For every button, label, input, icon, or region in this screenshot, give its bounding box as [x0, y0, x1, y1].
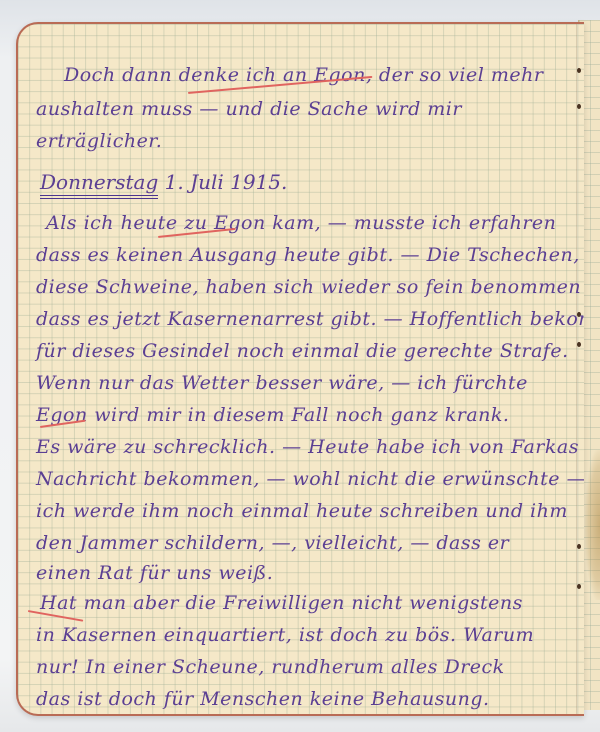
water-stain [585, 450, 600, 600]
binding-hole [577, 584, 581, 589]
handwritten-line: dass es jetzt Kasernenarrest gibt. — Hof… [36, 308, 584, 330]
handwritten-line: ich werde ihm noch einmal heute schreibe… [36, 500, 568, 522]
entry-date-heading: Donnerstag 1. Juli 1915. [40, 170, 287, 199]
binding-hole [577, 544, 581, 549]
date-rest: 1. Juli 1915. [165, 170, 288, 194]
handwritten-line: Hat man aber die Freiwilligen nicht weni… [40, 592, 523, 614]
binding-hole [577, 342, 581, 347]
binding-hole [577, 104, 581, 109]
page-fold [576, 24, 578, 714]
handwritten-line: nur! In einer Scheune, rundherum alles D… [36, 656, 505, 678]
date-weekday: Donnerstag [40, 170, 158, 199]
notebook-page: Doch dann denke ich an Egon, der so viel… [16, 22, 584, 716]
handwritten-line: den Jammer schildern, —, vielleicht, — d… [36, 532, 509, 554]
handwritten-line: Nachricht bekommen, — wohl nicht die erw… [36, 468, 584, 490]
handwritten-line: das ist doch für Menschen keine Behausun… [36, 688, 490, 710]
handwritten-line: dass es keinen Ausgang heute gibt. — Die… [36, 244, 580, 266]
handwritten-line: einen Rat für uns weiß. [36, 562, 273, 584]
handwritten-line: diese Schweine, haben sich wieder so fei… [36, 276, 581, 298]
handwritten-line: Egon wird mir in diesem Fall noch ganz k… [36, 404, 509, 426]
handwritten-line: Als ich heute zu Egon kam, — musste ich … [46, 212, 556, 234]
handwritten-line: aushalten muss — und die Sache wird mir [36, 98, 462, 120]
handwritten-line: erträglicher. [36, 130, 162, 152]
handwritten-line: in Kasernen einquartiert, ist doch zu bö… [36, 624, 534, 646]
binding-hole [577, 68, 581, 73]
handwritten-line: Wenn nur das Wetter besser wäre, — ich f… [36, 372, 528, 394]
handwritten-line: für dieses Gesindel noch einmal die gere… [36, 340, 569, 362]
handwritten-line: Es wäre zu schrecklich. — Heute habe ich… [36, 436, 579, 458]
